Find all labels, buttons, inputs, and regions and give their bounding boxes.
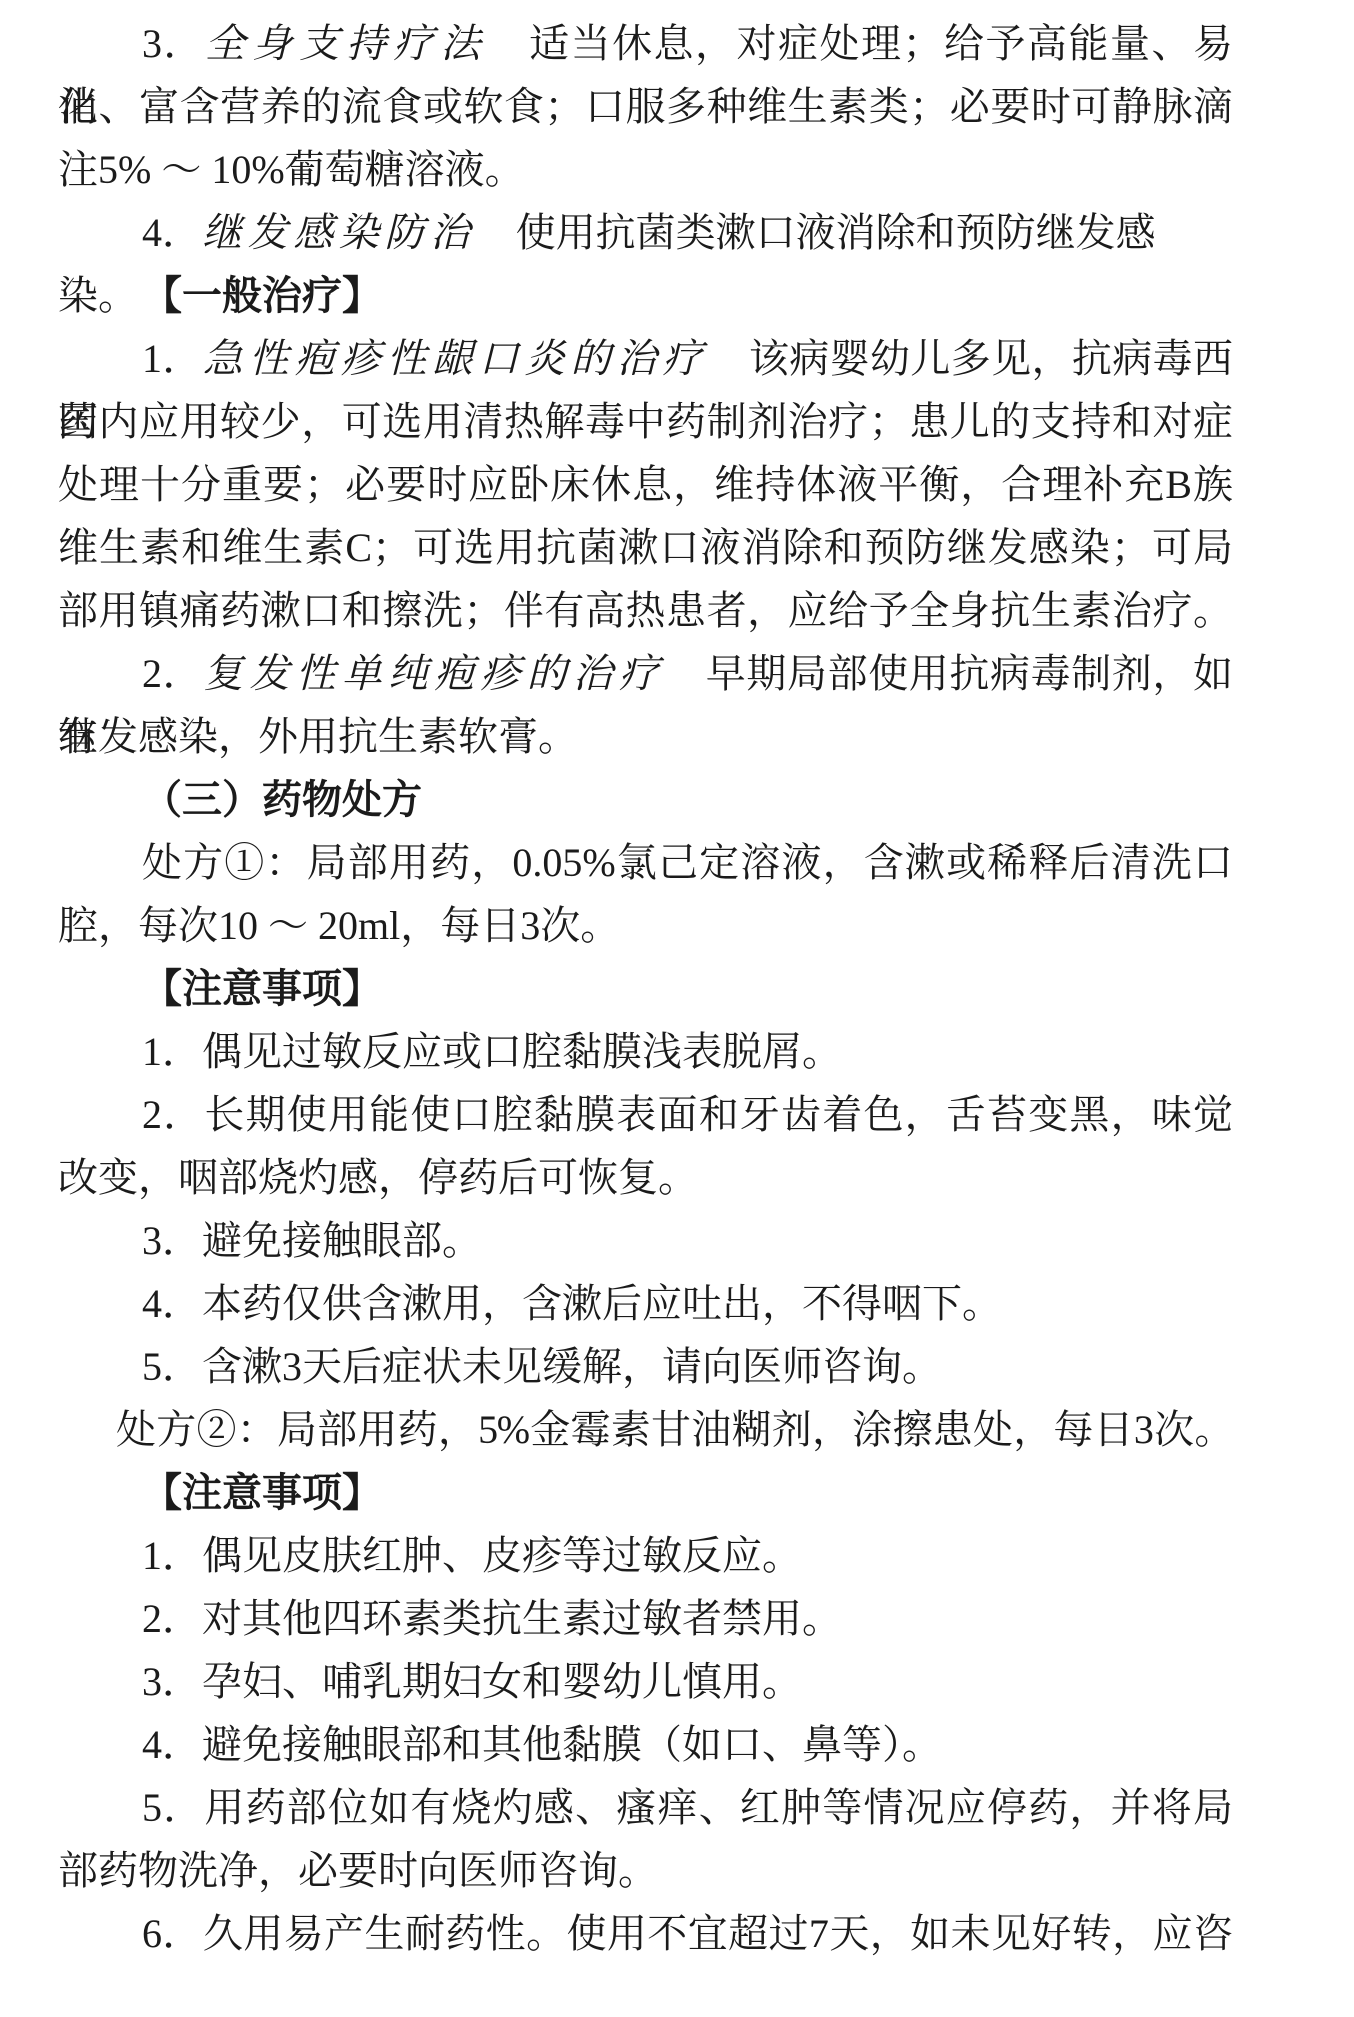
text-line: 3．孕妇、哺乳期妇女和婴幼儿慎用。 (58, 1650, 1233, 1713)
body-text: 4． (142, 210, 202, 255)
heading-text: 【一般治疗】 (142, 274, 382, 318)
text-line: 4．避免接触眼部和其他黏膜（如口、鼻等）。 (58, 1713, 1233, 1776)
body-text: 继发感染，外用抗生素软膏。 (58, 714, 578, 759)
text-line: 5．含漱3天后症状未见缓解，请向医师咨询。 (58, 1335, 1233, 1398)
body-text: 3．孕妇、哺乳期妇女和婴幼儿慎用。 (142, 1659, 802, 1704)
text-line: 6．久用易产生耐药性。使用不宜超过7天，如未见好转，应咨 (58, 1902, 1233, 1965)
body-text: 4．避免接触眼部和其他黏膜（如口、鼻等）。 (142, 1722, 942, 1767)
text-line: 4．继发感染防治 使用抗菌类漱口液消除和预防继发感染。 (58, 201, 1233, 264)
text-line: 3．避免接触眼部。 (58, 1209, 1233, 1272)
body-text: 处方①：局部用药，0.05%氯己定溶液，含漱或稀释后清洗口 (142, 840, 1233, 885)
section-heading: 【注意事项】 (58, 1461, 1233, 1524)
heading-text: 【注意事项】 (142, 1471, 382, 1515)
body-text: 腔，每次10 ～ 20ml，每日3次。 (58, 903, 620, 948)
body-text: 5．含漱3天后症状未见缓解，请向医师咨询。 (142, 1344, 942, 1389)
section-heading: 【一般治疗】 (58, 264, 1233, 327)
body-text: 注5% ～ 10%葡萄糖溶液。 (58, 147, 525, 192)
body-text: 1．偶见过敏反应或口腔黏膜浅表脱屑。 (142, 1029, 842, 1074)
text-line: 4．本药仅供含漱用，含漱后应吐出，不得咽下。 (58, 1272, 1233, 1335)
text-block: 3．全身支持疗法 适当休息，对症处理；给予高能量、易消化、富含营养的流食或软食；… (58, 12, 1233, 1965)
body-text: 化、富含营养的流食或软食；口服多种维生素类；必要时可静脉滴 (58, 84, 1233, 129)
body-text: 2． (142, 651, 203, 696)
emphasis-term: 复发性单纯疱疹的治疗 (203, 651, 665, 696)
text-line: 腔，每次10 ～ 20ml，每日3次。 (58, 894, 1233, 957)
body-text: 1． (142, 336, 203, 381)
body-text: 部用镇痛药漱口和擦洗；伴有高热患者，应给予全身抗生素治疗。 (58, 588, 1233, 633)
body-text: 6．久用易产生耐药性。使用不宜超过7天，如未见好转，应咨 (142, 1911, 1233, 1956)
body-text: 3． (142, 21, 205, 66)
body-text: 改变，咽部烧灼感，停药后可恢复。 (58, 1155, 698, 1200)
text-line: 注5% ～ 10%葡萄糖溶液。 (58, 138, 1233, 201)
text-line: 化、富含营养的流食或软食；口服多种维生素类；必要时可静脉滴 (58, 75, 1233, 138)
text-line: 2．长期使用能使口腔黏膜表面和牙齿着色，舌苔变黑，味觉 (58, 1083, 1233, 1146)
body-text: 处方②：局部用药，5%金霉素甘油糊剂，涂擦患处，每日3次。 (116, 1407, 1233, 1452)
section-heading: 【注意事项】 (58, 957, 1233, 1020)
text-line: 1．偶见过敏反应或口腔黏膜浅表脱屑。 (58, 1020, 1233, 1083)
body-text: 4．本药仅供含漱用，含漱后应吐出，不得咽下。 (142, 1281, 1002, 1326)
body-text: 维生素和维生素C；可选用抗菌漱口液消除和预防继发感染；可局 (58, 525, 1233, 570)
body-text: 1．偶见皮肤红肿、皮疹等过敏反应。 (142, 1533, 802, 1578)
heading-text: 【注意事项】 (142, 967, 382, 1011)
body-text: 2．长期使用能使口腔黏膜表面和牙齿着色，舌苔变黑，味觉 (142, 1092, 1233, 1137)
text-line: 处方①：局部用药，0.05%氯己定溶液，含漱或稀释后清洗口 (58, 831, 1233, 894)
text-line: 3．全身支持疗法 适当休息，对症处理；给予高能量、易消 (58, 12, 1233, 75)
text-line: 继发感染，外用抗生素软膏。 (58, 705, 1233, 768)
emphasis-term: 继发感染防治 (202, 210, 476, 255)
text-line: 2．对其他四环素类抗生素过敏者禁用。 (58, 1587, 1233, 1650)
body-text: 3．避免接触眼部。 (142, 1218, 482, 1263)
emphasis-term: 全身支持疗法 (205, 21, 488, 66)
text-line: 5．用药部位如有烧灼感、瘙痒、红肿等情况应停药，并将局 (58, 1776, 1233, 1839)
emphasis-term: 急性疱疹性龈口炎的治疗 (203, 336, 709, 381)
section-heading: （三）药物处方 (58, 768, 1233, 831)
text-line: 国内应用较少，可选用清热解毒中药制剂治疗；患儿的支持和对症 (58, 390, 1233, 453)
body-text: 国内应用较少，可选用清热解毒中药制剂治疗；患儿的支持和对症 (58, 399, 1233, 444)
heading-text: （三）药物处方 (142, 778, 422, 822)
text-line: 维生素和维生素C；可选用抗菌漱口液消除和预防继发感染；可局 (58, 516, 1233, 579)
text-line: 处理十分重要；必要时应卧床休息，维持体液平衡，合理补充B族 (58, 453, 1233, 516)
text-line: 1．急性疱疹性龈口炎的治疗 该病婴幼儿多见，抗病毒西药 (58, 327, 1233, 390)
text-line: 部药物洗净，必要时向医师咨询。 (58, 1839, 1233, 1902)
body-text: 部药物洗净，必要时向医师咨询。 (58, 1848, 658, 1893)
text-line: 部用镇痛药漱口和擦洗；伴有高热患者，应给予全身抗生素治疗。 (58, 579, 1233, 642)
body-text: 5．用药部位如有烧灼感、瘙痒、红肿等情况应停药，并将局 (142, 1785, 1233, 1830)
text-line: 2．复发性单纯疱疹的治疗 早期局部使用抗病毒制剂，如有 (58, 642, 1233, 705)
text-line: 处方②：局部用药，5%金霉素甘油糊剂，涂擦患处，每日3次。 (58, 1398, 1233, 1461)
text-line: 1．偶见皮肤红肿、皮疹等过敏反应。 (58, 1524, 1233, 1587)
body-text: 2．对其他四环素类抗生素过敏者禁用。 (142, 1596, 842, 1641)
body-text: 处理十分重要；必要时应卧床休息，维持体液平衡，合理补充B族 (58, 462, 1233, 507)
text-line: 改变，咽部烧灼感，停药后可恢复。 (58, 1146, 1233, 1209)
document-page: 3．全身支持疗法 适当休息，对症处理；给予高能量、易消化、富含营养的流食或软食；… (0, 0, 1354, 2017)
